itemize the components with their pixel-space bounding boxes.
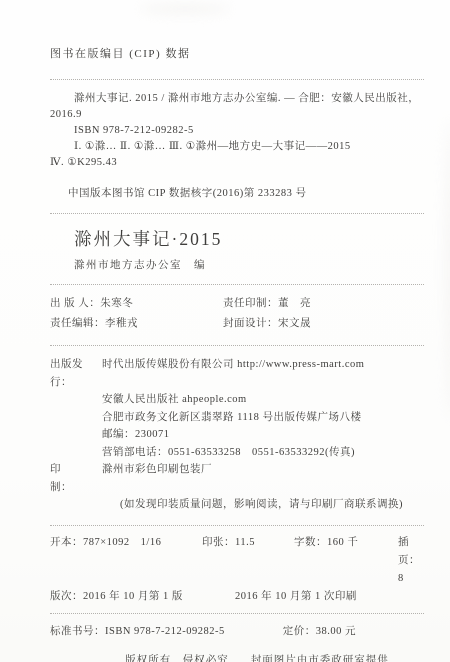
book-editor-line: 滁州市地方志办公室 编	[74, 258, 424, 273]
copyright-notice: 版权所有，侵权必究	[125, 653, 229, 662]
spec-word-count: 字数：160 千	[294, 534, 398, 588]
spec-printing-run: 2016 年 10 月第 1 次印刷	[235, 588, 424, 606]
book-copyright-page: 图书在版编目 (CIP) 数据 滁州大事记. 2015 / 滁州市地方志办公室编…	[0, 0, 450, 662]
publishing-press-row: 安徽人民出版社 ahpeople.com	[50, 391, 424, 409]
dotted-divider	[50, 79, 424, 80]
cip-isbn: ISBN 978-7-212-09282-5	[50, 123, 424, 139]
credits-row: 责任编辑：李稚戎 封面设计：宋文晟	[50, 314, 424, 334]
printer-row: 印 制： 滁州市彩色印刷包装厂	[50, 461, 424, 496]
specs-row-1: 开本：787×1092 1/16 印张：11.5 字数：160 千 插页：8	[50, 534, 424, 588]
cip-record-number: 中国版本图书馆 CIP 数据核字(2016)第 233283 号	[50, 186, 424, 202]
spec-format: 开本：787×1092 1/16	[50, 534, 202, 588]
cip-description-line2: 2016.9	[50, 107, 424, 123]
dotted-divider	[50, 345, 424, 346]
publishing-address-row: 合肥市政务文化新区翡翠路 1118 号出版传媒广场八楼	[50, 409, 424, 427]
dotted-divider	[50, 213, 424, 214]
responsible-editor: 责任编辑：李稚戎	[50, 314, 223, 334]
spec-edition: 版次：2016 年 10 月第 1 版	[50, 588, 235, 606]
cip-data-block: 滁州大事记. 2015 / 滁州市地方志办公室编. — 合肥：安徽人民出版社， …	[50, 91, 424, 202]
specs-row-2: 版次：2016 年 10 月第 1 版 2016 年 10 月第 1 次印刷	[50, 588, 424, 606]
price: 定价：38.00 元	[283, 624, 356, 640]
printer-label: 印 制：	[50, 461, 102, 496]
book-title: 滁州大事记·2015	[74, 227, 424, 251]
scan-artifact	[446, 120, 450, 420]
issuer-label: 出版发行：	[50, 356, 102, 391]
cip-data-header: 图书在版编目 (CIP) 数据	[50, 46, 424, 62]
postcode: 邮编：230071	[102, 426, 424, 444]
marketing-phone: 营销部电话：0551-63533258 0551-63533292(传真)	[102, 444, 424, 462]
spec-print-sheets: 印张：11.5	[202, 534, 294, 588]
publishing-phone-row: 营销部电话：0551-63533258 0551-63533292(传真)	[50, 444, 424, 462]
credits-block: 出 版 人：朱寒冬 责任印制：董 亮 责任编辑：李稚戎 封面设计：宋文晟	[50, 294, 424, 334]
press-name: 安徽人民出版社 ahpeople.com	[102, 391, 424, 409]
publishing-block: 出版发行： 时代出版传媒股份有限公司 http://www.press-mart…	[50, 356, 424, 514]
press-address: 合肥市政务文化新区翡翠路 1118 号出版传媒广场八楼	[102, 409, 424, 427]
cip-classification-line2: Ⅳ. ①K295.43	[50, 155, 424, 171]
dotted-divider	[50, 613, 424, 614]
issuer-company: 时代出版传媒股份有限公司 http://www.press-mart.com	[102, 356, 424, 391]
dotted-divider	[50, 284, 424, 285]
printer-name: 滁州市彩色印刷包装厂	[102, 461, 424, 496]
publishing-issuer-row: 出版发行： 时代出版传媒股份有限公司 http://www.press-mart…	[50, 356, 424, 391]
isbn-price-row: 标准书号：ISBN 978-7-212-09282-5 定价：38.00 元	[50, 624, 424, 640]
cip-description-line1: 滁州大事记. 2015 / 滁州市地方志办公室编. — 合肥：安徽人民出版社，	[50, 91, 424, 107]
print-quality-note: (如发现印装质量问题，影响阅读，请与印刷厂商联系调换)	[50, 496, 424, 514]
cover-image-credit: 封面图片由市委政研室提供	[251, 653, 389, 662]
print-supervisor: 责任印制：董 亮	[223, 294, 424, 314]
dotted-divider	[50, 525, 424, 526]
credits-row: 出 版 人：朱寒冬 责任印制：董 亮	[50, 294, 424, 314]
scan-artifact	[140, 4, 230, 14]
publishing-postcode-row: 邮编：230071	[50, 426, 424, 444]
footer-row: 版权所有，侵权必究 封面图片由市委政研室提供	[50, 653, 424, 662]
specs-block: 开本：787×1092 1/16 印张：11.5 字数：160 千 插页：8 版…	[50, 534, 424, 606]
title-block: 滁州大事记·2015 滁州市地方志办公室 编	[50, 227, 424, 273]
spec-insert-pages: 插页：8	[398, 534, 424, 588]
standard-book-number: 标准书号：ISBN 978-7-212-09282-5	[50, 624, 225, 640]
cip-classification-line1: Ⅰ. ①滁… Ⅱ. ①滁… Ⅲ. ①滁州—地方史—大事记——2015	[50, 139, 424, 155]
publisher-person: 出 版 人：朱寒冬	[50, 294, 223, 314]
cover-designer: 封面设计：宋文晟	[223, 314, 424, 334]
